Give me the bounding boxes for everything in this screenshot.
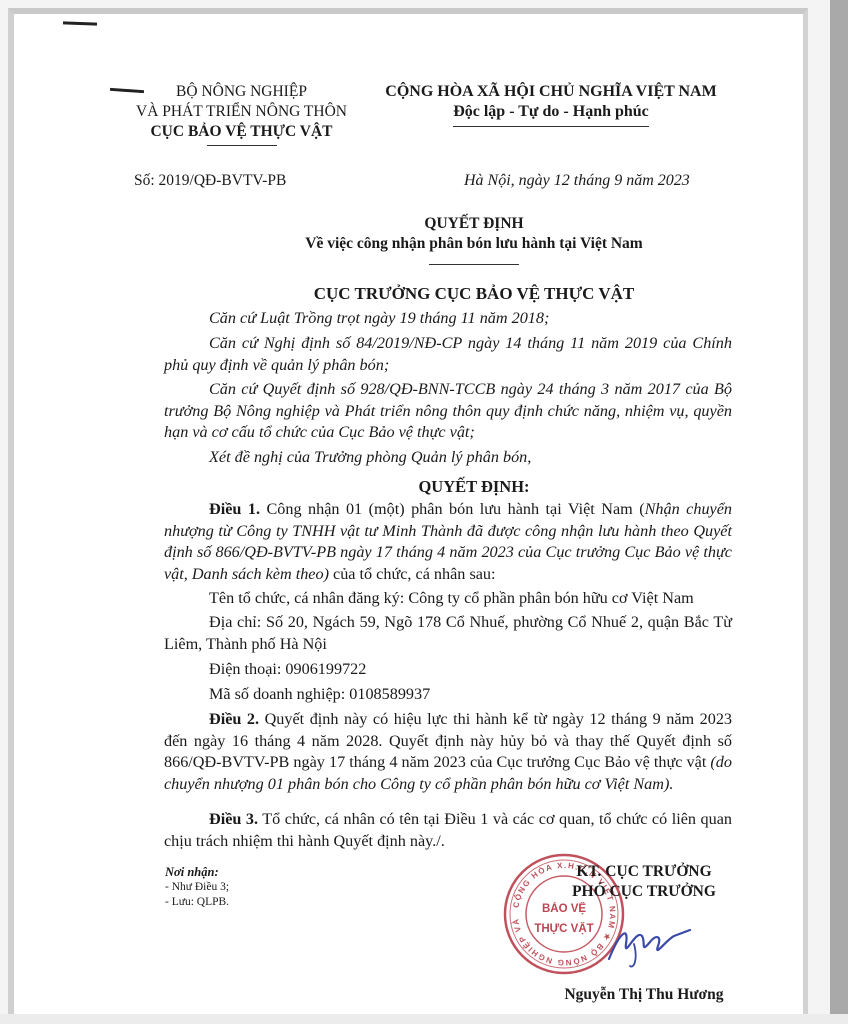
registrant-name: Tên tổ chức, cá nhân đăng ký: Công ty cổ… bbox=[164, 588, 732, 610]
article-1-label: Điều 1. bbox=[209, 500, 260, 518]
document-title: QUYẾT ĐỊNH bbox=[174, 214, 774, 234]
country-name: CỘNG HÒA XÃ HỘI CHỦ NGHĨA VIỆT NAM bbox=[376, 82, 726, 102]
signer-title-2: PHÓ CỤC TRƯỞNG bbox=[514, 882, 774, 902]
viewer-bottom-edge bbox=[0, 1014, 848, 1024]
ministry-name: BỘ NÔNG NGHIỆP bbox=[114, 82, 369, 102]
proposal-basis: Xét đề nghị của Trưởng phòng Quản lý phâ… bbox=[164, 447, 732, 469]
signer-title-1: KT. CỤC TRƯỞNG bbox=[514, 862, 774, 882]
handwritten-signature-icon bbox=[604, 914, 694, 969]
recipient-item: - Như Điều 3; bbox=[165, 880, 229, 895]
place-and-date: Hà Nội, ngày 12 tháng 9 năm 2023 bbox=[464, 172, 690, 190]
document-subject: Về việc công nhận phân bón lưu hành tại … bbox=[174, 234, 774, 254]
national-motto: Độc lập - Tự do - Hạnh phúc bbox=[376, 102, 726, 122]
article-2: Điều 2. Quyết định này có hiệu lực thi h… bbox=[164, 709, 732, 795]
document-title-block: QUYẾT ĐỊNH Về việc công nhận phân bón lư… bbox=[174, 214, 774, 265]
scan-mark bbox=[63, 21, 97, 25]
registrant-phone: Điện thoại: 0906199722 bbox=[164, 659, 732, 681]
legal-basis-2: Căn cứ Nghị định số 84/2019/NĐ-CP ngày 1… bbox=[164, 333, 732, 376]
recipient-item: - Lưu: QLPB. bbox=[165, 895, 229, 910]
issuing-authority: CỤC TRƯỞNG CỤC BẢO VỆ THỰC VẬT bbox=[174, 284, 774, 304]
article-1-text-end: của tổ chức, cá nhân sau: bbox=[329, 565, 496, 583]
agency-name: CỤC BẢO VỆ THỰC VẬT bbox=[114, 122, 369, 142]
decides-heading: QUYẾT ĐỊNH: bbox=[174, 477, 774, 497]
signer-name: Nguyễn Thị Thu Hương bbox=[514, 986, 774, 1004]
issuing-agency-header: BỘ NÔNG NGHIỆP VÀ PHÁT TRIỂN NÔNG THÔN C… bbox=[114, 82, 369, 146]
viewer-side-panel bbox=[830, 0, 848, 1024]
recipients-block: Nơi nhận: - Như Điều 3; - Lưu: QLPB. bbox=[165, 865, 229, 910]
header-rule bbox=[207, 145, 277, 146]
article-1-text: Công nhận 01 (một) phân bón lưu hành tại… bbox=[260, 500, 645, 518]
recipients-heading: Nơi nhận: bbox=[165, 865, 229, 880]
title-rule bbox=[429, 264, 519, 265]
signature-title-block: KT. CỤC TRƯỞNG PHÓ CỤC TRƯỞNG bbox=[514, 862, 774, 902]
legal-basis-1: Căn cứ Luật Trồng trọt ngày 19 tháng 11 … bbox=[164, 308, 732, 330]
business-code: Mã số doanh nghiệp: 0108589937 bbox=[164, 684, 732, 706]
national-header: CỘNG HÒA XÃ HỘI CHỦ NGHĨA VIỆT NAM Độc l… bbox=[376, 82, 726, 127]
svg-text:BẢO VỆ: BẢO VỆ bbox=[542, 902, 586, 915]
svg-text:THỰC VẬT: THỰC VẬT bbox=[534, 922, 593, 935]
ministry-name-cont: VÀ PHÁT TRIỂN NÔNG THÔN bbox=[114, 102, 369, 122]
article-2-label: Điều 2. bbox=[209, 710, 259, 728]
motto-rule bbox=[453, 126, 649, 127]
document-page: BỘ NÔNG NGHIỆP VÀ PHÁT TRIỂN NÔNG THÔN C… bbox=[8, 8, 808, 1014]
article-3-label: Điều 3. bbox=[209, 810, 258, 828]
registrant-address: Địa chỉ: Số 20, Ngách 59, Ngõ 178 Cổ Nhu… bbox=[164, 612, 732, 655]
legal-basis-3: Căn cứ Quyết định số 928/QĐ-BNN-TCCB ngà… bbox=[164, 379, 732, 444]
article-3: Điều 3. Tổ chức, cá nhân có tên tại Điều… bbox=[164, 809, 732, 852]
document-number: Số: 2019/QĐ-BVTV-PB bbox=[134, 172, 286, 190]
article-1: Điều 1. Công nhận 01 (một) phân bón lưu … bbox=[164, 499, 732, 585]
